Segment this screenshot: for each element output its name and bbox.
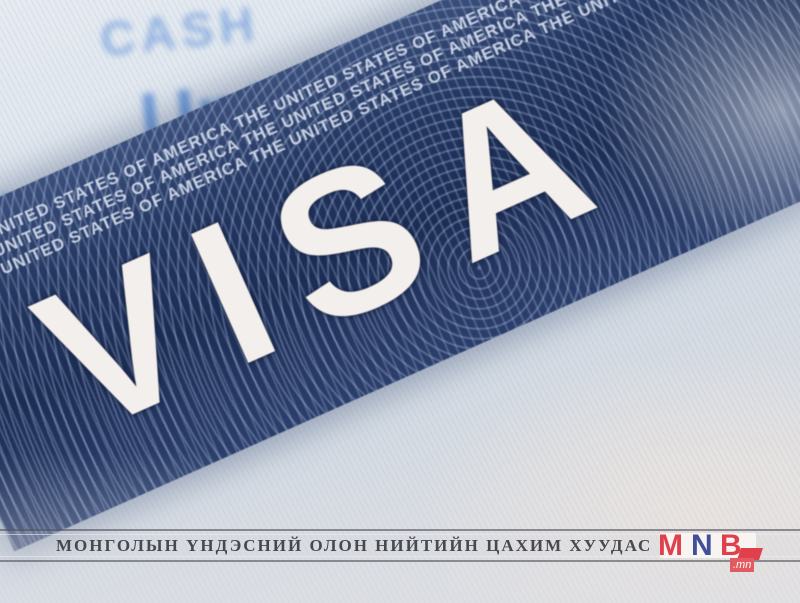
logo-letter-b: B <box>720 531 742 561</box>
logo-letter-m: M <box>658 531 683 561</box>
mnb-logo: M N B .mn <box>658 531 768 573</box>
visa-photo: CASH Unti * THE UNITED STATES OF AMERICA… <box>0 0 800 603</box>
watermark-tagline: МОНГОЛЫН ҮНДЭСНИЙ ОЛОН НИЙТИЙН ЦАХИМ ХУУ… <box>56 536 652 556</box>
depth-of-field-blur <box>0 0 800 603</box>
logo-letter-n: N <box>691 531 713 561</box>
logo-domain: .mn <box>730 558 754 572</box>
